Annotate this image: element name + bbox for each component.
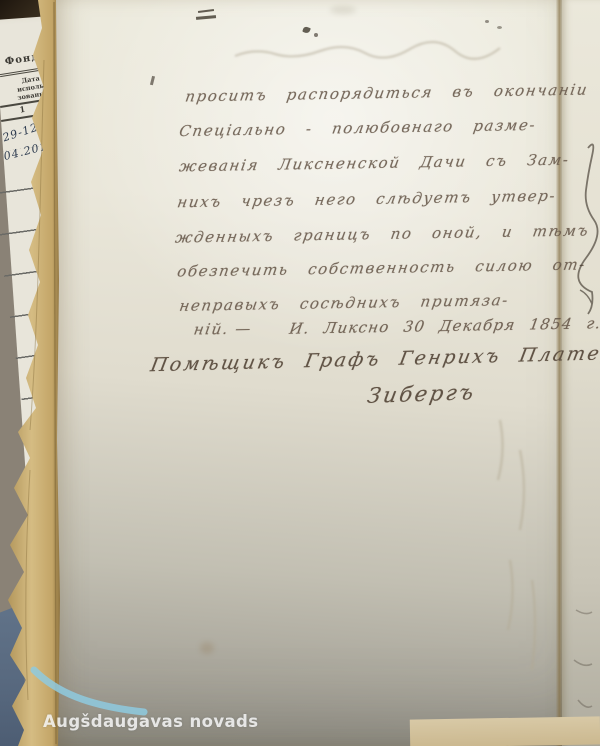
watermark-text: Augšdaugavas novads (43, 712, 258, 731)
ink-smudge (314, 33, 318, 37)
ink-smudge (497, 26, 502, 29)
archival-document-photo: Фонд Дата исполь- зования 1 29-12-5 04.2… (0, 0, 600, 746)
torn-binding-edge (0, 0, 70, 746)
page-edge-crease (556, 0, 562, 746)
margin-scribble (570, 140, 600, 330)
manuscript-closing: ній. — (192, 319, 253, 338)
paper-stain (330, 6, 356, 14)
bleedthrough-marks (230, 38, 510, 68)
ink-smudge (485, 20, 489, 23)
paper-stain (200, 642, 214, 654)
signature-name: Зибергъ (366, 380, 478, 408)
bleedthrough-marks (480, 410, 550, 710)
margin-scribble (568, 600, 598, 730)
